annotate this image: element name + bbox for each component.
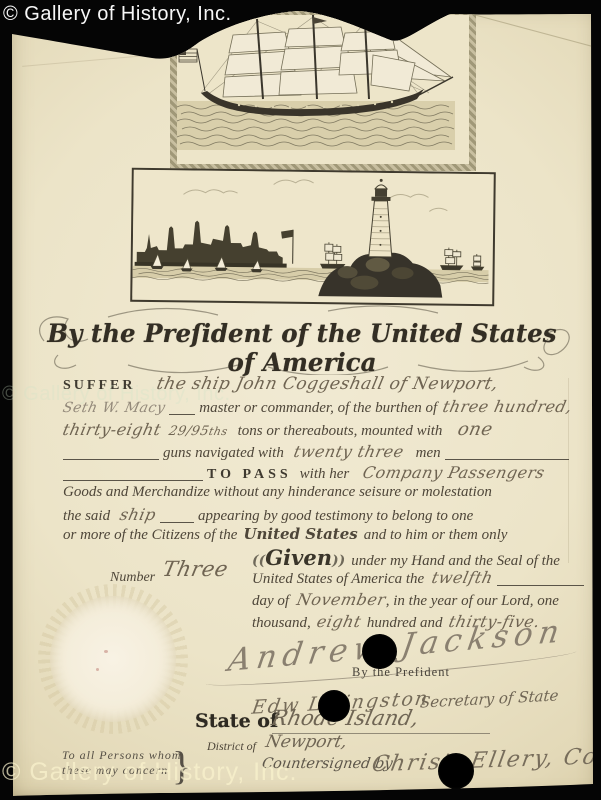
printed-text: or more of the Citizens of the	[63, 527, 237, 544]
district-value: Newport,	[264, 732, 349, 752]
day-fill: twelfth	[430, 568, 495, 587]
three-masted-ship-engraving	[177, 15, 455, 150]
men-fill: twenty three	[292, 442, 406, 461]
printed-text: master or commander, of the burthen of	[199, 400, 437, 417]
month-fill: November	[295, 590, 388, 609]
number-value: Three	[160, 557, 230, 581]
blank-line	[160, 508, 194, 523]
blank-line	[445, 445, 569, 460]
blank-line	[63, 466, 203, 481]
given-line-1: (( Given )) under my Hand and the Seal o…	[252, 545, 588, 570]
said-ship-fill: ship	[118, 505, 158, 524]
title-block: By the Preſident of the United States of…	[28, 303, 576, 375]
printed-text: United States of America the	[252, 571, 424, 588]
punch-hole	[438, 753, 474, 789]
ship-engraving-frame	[170, 8, 476, 171]
ornament: ))	[332, 553, 345, 569]
district-label: District of	[207, 739, 256, 754]
given-line-3: day of November , in the year of our Lor…	[252, 590, 588, 610]
printed-text: , in the year of our Lord, one	[386, 593, 559, 610]
watermark-bottom: © Gallery of History, Inc.	[2, 758, 297, 787]
printed-text: Goods and Merchandize without any hinder…	[63, 484, 492, 501]
state-label: State of	[195, 710, 278, 732]
body-line-8: or more of the Citizens of the United St…	[63, 525, 573, 544]
blank-line	[63, 445, 159, 460]
burthen-fill: three hundred,	[441, 397, 574, 416]
fraction: 29/95	[167, 424, 210, 439]
lighthouse-engraving-frame	[130, 168, 496, 306]
seal-ink-speck	[104, 650, 108, 653]
president-caption: By the Prefident	[352, 665, 450, 680]
body-line-6: Goods and Merchandize without any hinder…	[63, 484, 573, 501]
ornament: ((	[252, 553, 265, 569]
document-title: By the Preſident of the United States of…	[33, 319, 570, 377]
guns-fill: one	[456, 419, 495, 440]
embossed-paper-seal-center	[50, 596, 176, 722]
printed-text: men	[416, 445, 441, 462]
body-line-5: To Pass with her Company Passengers	[63, 463, 573, 483]
printed-text: and to him or them only	[364, 527, 508, 544]
seal-ink-speck	[96, 668, 99, 671]
printed-text: thousand,	[252, 615, 311, 632]
printed-text: day of	[252, 593, 289, 610]
printed-text: the said	[63, 508, 110, 525]
punch-hole	[318, 690, 350, 722]
scanned-document-page: By the Preſident of the United States of…	[0, 0, 601, 800]
printed-text: guns navigated with	[163, 445, 284, 462]
tons-fill: thirty-eight	[61, 420, 163, 439]
punch-hole	[362, 634, 397, 669]
harbor-lighthouse-engraving	[132, 170, 490, 300]
blank-line	[497, 571, 584, 586]
united-states-emphasis: United States	[243, 525, 357, 543]
fold-crease	[468, 13, 598, 49]
given-line-2: United States of America the twelfth	[252, 568, 588, 588]
body-line-3: thirty-eight 29/95 ths tons or thereabou…	[63, 419, 573, 440]
printed-text: appearing by good testimony to belong to…	[198, 508, 473, 525]
given-word: Given	[265, 545, 332, 570]
watermark-top: © Gallery of History, Inc.	[3, 3, 232, 26]
printed-text: tons or thereabouts, mounted with	[238, 423, 443, 440]
watermark-middle: © Gallery of History, Inc.	[2, 383, 231, 406]
body-line-7: the said ship appearing by good testimon…	[63, 505, 573, 525]
body-line-4: guns navigated with twenty three men	[63, 442, 573, 462]
secretary-caption: Secretary of State	[419, 686, 559, 711]
cargo-fill: Company Passengers	[361, 463, 547, 482]
fraction-unit: ths	[208, 425, 229, 438]
to-pass-label: To Pass	[207, 467, 292, 483]
year-fill-1: eight	[315, 612, 363, 631]
countersigned-signature: Christ. Ellery, Col.	[370, 744, 601, 778]
fold-crease	[22, 54, 157, 67]
printed-text: with her	[300, 466, 350, 483]
